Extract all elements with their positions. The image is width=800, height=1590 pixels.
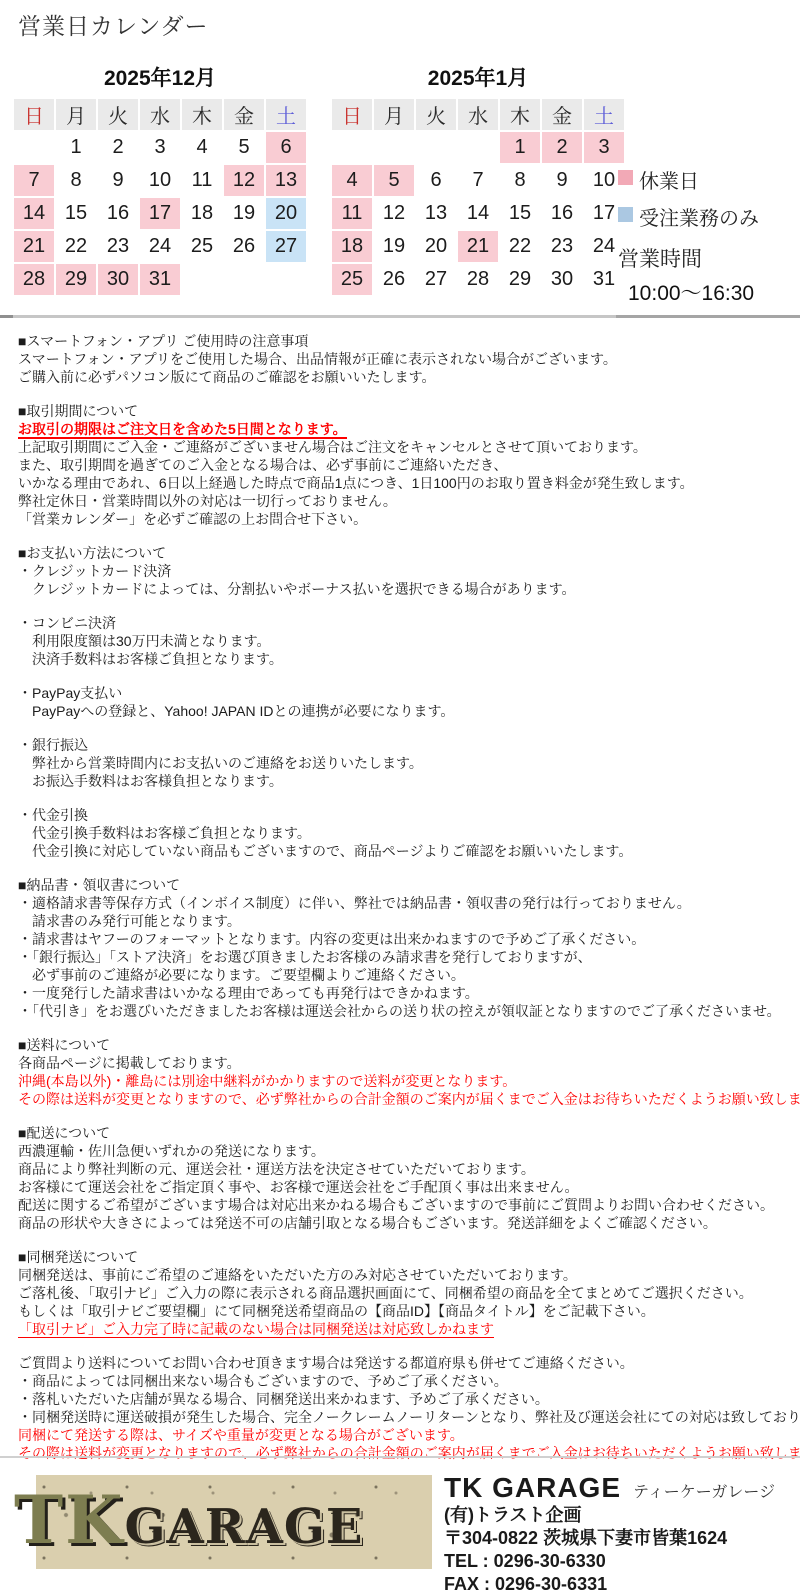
business-hours-value: 10:00〜16:30 [618, 277, 800, 307]
note-line: 必ず事前のご連絡が必要になります。ご要望欄よりご連絡ください。 [18, 966, 800, 984]
warning-line: 沖縄(本島以外)・離島には別途中継料がかかりますので送料が変更となります。 [18, 1072, 800, 1090]
note-section: ・代金引換 代金引換手数料はお客様ご負担となります。 代金引換に対応していない商… [18, 806, 800, 860]
calendar-day: 4 [182, 132, 222, 163]
calendar-day: 8 [500, 165, 540, 196]
calendar-day: 5 [224, 132, 264, 163]
logo-tk-letters: TK [14, 1481, 124, 1559]
calendar-day: 23 [98, 231, 138, 262]
note-line: 利用限度額は30万円未満となります。 [18, 632, 800, 650]
calendar-day: 11 [182, 165, 222, 196]
note-line: 決済手数料はお客様ご負担となります。 [18, 650, 800, 668]
note-line: 商品により弊社判断の元、運送会社・運送方法を決定させていただいております。 [18, 1160, 800, 1178]
calendar-day: 31 [140, 264, 180, 295]
calendar-day: 24 [140, 231, 180, 262]
legend-item-order-only: 受注業務のみ [618, 202, 800, 231]
calendar-table: 日月火水木金土123456789101112131415161718192021… [12, 97, 308, 297]
note-line: ・落札いただいた店舗が異なる場合、同梱発送出来かねます、予めご了承ください。 [18, 1390, 800, 1408]
calendar-january: 2025年1月 日月火水木金土1234567891011121314151617… [330, 62, 626, 297]
calendar-day: 2 [98, 132, 138, 163]
note-line: ■同梱発送について [18, 1248, 800, 1266]
company-fax: FAX : 0296-30-6331 [444, 1573, 775, 1590]
weekday-header: 水 [140, 99, 180, 130]
weekday-header: 土 [584, 99, 624, 130]
note-section: ・コンビニ決済 利用限度額は30万円未満となります。 決済手数料はお客様ご負担と… [18, 614, 800, 668]
note-section: ■配送について西濃運輸・佐川急便いずれかの発送になります。商品により弊社判断の元… [18, 1124, 800, 1232]
calendar-empty-cell [224, 264, 264, 295]
note-line: ■お支払い方法について [18, 544, 800, 562]
calendar-day: 28 [14, 264, 54, 295]
calendar-month-title: 2025年12月 [12, 62, 308, 92]
calendar-day: 1 [500, 132, 540, 163]
calendar-day: 19 [224, 198, 264, 229]
calendar-empty-cell [416, 132, 456, 163]
calendar-area: 営業日カレンダー 2025年12月 日月火水木金土123456789101112… [0, 0, 800, 318]
calendar-day: 19 [374, 231, 414, 262]
warning-line: お取引の期限はご注文日を含めた5日間となります。 [18, 420, 800, 438]
company-address: 〒304-0822 茨城県下妻市皆葉1624 [444, 1527, 775, 1550]
calendar-day: 13 [266, 165, 306, 196]
logo-text: TKGARAGE [14, 1481, 363, 1559]
note-line: もしくは「取引ナビご要望欄」にて同梱発送希望商品の【商品ID】【商品タイトル】を… [18, 1302, 800, 1320]
footer: TKGARAGE TK GARAGEティーケーガレージ (有)トラスト企画 〒3… [0, 1456, 800, 1590]
calendar-day: 25 [182, 231, 222, 262]
note-line: ご落札後、「取引ナビ」ご入力の際に表示される商品選択画面にて、同梱希望の商品を全… [18, 1284, 800, 1302]
calendar-day: 16 [542, 198, 582, 229]
note-section: ・PayPay支払い PayPayへの登録と、Yahoo! JAPAN IDとの… [18, 684, 800, 720]
weekday-header: 火 [416, 99, 456, 130]
note-line: 「営業カレンダー」を必ずご確認の上お問合せ下さい。 [18, 510, 800, 528]
calendar-day: 8 [56, 165, 96, 196]
note-line: ・銀行振込 [18, 736, 800, 754]
calendar-day: 25 [332, 264, 372, 295]
store-notes: ■スマートフォン・アプリ ご使用時の注意事項スマートフォン・アプリをご使用した場… [0, 318, 800, 1462]
note-line: 商品の形状や大きさによっては発送不可の店舗引取となる場合もございます。発送詳細を… [18, 1214, 800, 1232]
calendar-day: 26 [224, 231, 264, 262]
weekday-header: 日 [332, 99, 372, 130]
calendar-legend: 休業日 受注業務のみ 営業時間 10:00〜16:30 [618, 165, 800, 307]
business-hours-label: 営業時間 [618, 243, 800, 273]
warning-line: 同梱にて発送する際は、サイズや重量が変更となる場合がございます。 [18, 1426, 800, 1444]
calendar-day: 30 [98, 264, 138, 295]
weekday-header: 土 [266, 99, 306, 130]
calendar-day: 29 [500, 264, 540, 295]
note-line: ・請求書はヤフーのフォーマットとなります。内容の変更は出来かねますので予めご了承… [18, 930, 800, 948]
note-section: ■取引期間についてお取引の期限はご注文日を含めた5日間となります。上記取引期間に… [18, 402, 800, 528]
note-line: クレジットカードによっては、分割払いやボーナス払いを選択できる場合があります。 [18, 580, 800, 598]
legend-item-closed: 休業日 [618, 165, 800, 194]
weekday-header: 木 [500, 99, 540, 130]
note-section: ■同梱発送について同梱発送は、事前にご希望のご連絡をいただいた方のみ対応させてい… [18, 1248, 800, 1338]
calendar-day: 11 [332, 198, 372, 229]
note-line: ・代金引換 [18, 806, 800, 824]
calendar-day: 4 [332, 165, 372, 196]
calendar-empty-cell [458, 132, 498, 163]
weekday-header: 水 [458, 99, 498, 130]
closed-day-swatch [618, 170, 633, 185]
weekday-header: 金 [224, 99, 264, 130]
note-section: ■送料について各商品ページに掲載しております。沖縄(本島以外)・離島には別途中継… [18, 1036, 800, 1108]
note-line: ・PayPay支払い [18, 684, 800, 702]
calendar-month-title: 2025年1月 [330, 62, 626, 92]
note-line: ・「銀行振込」「ストア決済」をお選び頂きましたお客様のみ請求書を発行しております… [18, 948, 800, 966]
calendar-day: 13 [416, 198, 456, 229]
note-line: ・適格請求書等保存方式（インボイス制度）に伴い、弊社では納品書・領収書の発行は行… [18, 894, 800, 912]
calendar-day: 21 [14, 231, 54, 262]
note-line: ■取引期間について [18, 402, 800, 420]
weekday-header: 日 [14, 99, 54, 130]
calendar-empty-cell [266, 264, 306, 295]
weekday-header: 木 [182, 99, 222, 130]
calendar-day: 10 [140, 165, 180, 196]
calendar-empty-cell [332, 132, 372, 163]
note-line: 同梱発送は、事前にご希望のご連絡をいただいた方のみ対応させていただいております。 [18, 1266, 800, 1284]
calendar-day: 20 [266, 198, 306, 229]
divider [0, 315, 800, 318]
note-line: 弊社定休日・営業時間以外の対応は一切行っておりません。 [18, 492, 800, 510]
calendar-empty-cell [374, 132, 414, 163]
calendar-day: 28 [458, 264, 498, 295]
calendar-day: 22 [500, 231, 540, 262]
calendar-day: 20 [416, 231, 456, 262]
note-line: また、取引期間を過ぎてのご入金となる場合は、必ず事前にご連絡いただき、 [18, 456, 800, 474]
calendar-day: 21 [458, 231, 498, 262]
calendar-day: 1 [56, 132, 96, 163]
note-line: ご購入前に必ずパソコン版にて商品のご確認をお願いいたします。 [18, 368, 800, 386]
calendar-empty-cell [182, 264, 222, 295]
calendar-day: 9 [542, 165, 582, 196]
weekday-header: 金 [542, 99, 582, 130]
calendar-day: 7 [14, 165, 54, 196]
note-section: ■納品書・領収書について・適格請求書等保存方式（インボイス制度）に伴い、弊社では… [18, 876, 800, 1020]
calendar-day: 12 [224, 165, 264, 196]
calendar-day: 30 [542, 264, 582, 295]
calendar-empty-cell [14, 132, 54, 163]
weekday-header: 月 [374, 99, 414, 130]
warning-line: その際は送料が変更となりますので、必ず弊社からの合計金額のご案内が届くまでご入金… [18, 1090, 800, 1108]
note-line: ・コンビニ決済 [18, 614, 800, 632]
calendar-day: 5 [374, 165, 414, 196]
note-line: ・一度発行した請求書はいかなる理由であっても再発行はできかねます。 [18, 984, 800, 1002]
calendar-day: 2 [542, 132, 582, 163]
logo-garage-letters: GARAGE [124, 1499, 363, 1555]
calendar-table: 日月火水木金土123456789101112131415161718192021… [330, 97, 626, 297]
calendar-day: 17 [140, 198, 180, 229]
note-line: ご質問より送料についてお問い合わせ頂きます場合は発送する都道府県も併せてご連絡く… [18, 1354, 800, 1372]
calendar-day: 9 [98, 165, 138, 196]
note-line: ■スマートフォン・アプリ ご使用時の注意事項 [18, 332, 800, 350]
calendar-day: 15 [56, 198, 96, 229]
warning-line: 「取引ナビ」ご入力完了時に記載のない場合は同梱発送は対応致しかねます [18, 1320, 800, 1338]
tk-garage-logo: TKGARAGE [36, 1475, 432, 1569]
calendar-day: 26 [374, 264, 414, 295]
note-line: ■配送について [18, 1124, 800, 1142]
note-line: 配送に関するご希望がございます場合は対応出来かねる場合もございますので事前にご質… [18, 1196, 800, 1214]
note-line: ・同梱発送時に運送破損が発生した場合、完全ノークレームノーリターンとなり、弊社及… [18, 1408, 800, 1426]
calendar-day: 3 [140, 132, 180, 163]
company-legal-name: (有)トラスト企画 [444, 1504, 775, 1527]
calendar-day: 12 [374, 198, 414, 229]
note-line: ・商品によっては同梱出来ない場合もございますので、予めご了承ください。 [18, 1372, 800, 1390]
calendar-day: 3 [584, 132, 624, 163]
calendar-day: 14 [458, 198, 498, 229]
note-line: スマートフォン・アプリをご使用した場合、出品情報が正確に表示されない場合がござい… [18, 350, 800, 368]
note-section: ・銀行振込 弊社から営業時間内にお支払いのご連絡をお送りいたします。 お振込手数… [18, 736, 800, 790]
company-tel: TEL : 0296-30-6330 [444, 1550, 775, 1573]
calendar-day: 16 [98, 198, 138, 229]
calendar-day: 18 [182, 198, 222, 229]
legend-label: 休業日 [639, 165, 699, 194]
note-section: ■お支払い方法について・クレジットカード決済 クレジットカードによっては、分割払… [18, 544, 800, 598]
note-line: ■送料について [18, 1036, 800, 1054]
order-only-swatch [618, 207, 633, 222]
calendar-day: 6 [266, 132, 306, 163]
shop-info-page: { "page_title": "営業日カレンダー", "colors": { … [0, 0, 800, 1590]
legend-label: 受注業務のみ [639, 202, 759, 231]
weekday-header: 月 [56, 99, 96, 130]
note-line: ■納品書・領収書について [18, 876, 800, 894]
note-line: 西濃運輸・佐川急便いずれかの発送になります。 [18, 1142, 800, 1160]
note-line: 弊社から営業時間内にお支払いのご連絡をお送りいたします。 [18, 754, 800, 772]
company-name-kana: ティーケーガレージ [633, 1484, 775, 1501]
weekday-header: 火 [98, 99, 138, 130]
calendar-day: 27 [416, 264, 456, 295]
note-line: お客様にて運送会社をご指定頂く事や、お客様で運送会社をご手配頂く事は出来ません。 [18, 1178, 800, 1196]
company-name-en: TK GARAGE [444, 1472, 621, 1503]
company-info: TK GARAGEティーケーガレージ (有)トラスト企画 〒304-0822 茨… [444, 1472, 775, 1590]
note-line: 代金引換手数料はお客様ご負担となります。 [18, 824, 800, 842]
note-line: 上記取引期間にご入金・ご連絡がございません場合はご注文をキャンセルとさせて頂いて… [18, 438, 800, 456]
note-section: ご質問より送料についてお問い合わせ頂きます場合は発送する都道府県も併せてご連絡く… [18, 1354, 800, 1462]
note-line: ・「代引き」をお選びいただきましたお客様は運送会社からの送り状の控えが領収証とな… [18, 1002, 800, 1020]
note-section: ■スマートフォン・アプリ ご使用時の注意事項スマートフォン・アプリをご使用した場… [18, 332, 800, 386]
calendar-day: 18 [332, 231, 372, 262]
note-line: いかなる理由であれ、6日以上経過した時点で商品1点につき、1日100円のお取り置… [18, 474, 800, 492]
calendar-day: 6 [416, 165, 456, 196]
calendar-day: 22 [56, 231, 96, 262]
note-line: 各商品ページに掲載しております。 [18, 1054, 800, 1072]
calendar-day: 14 [14, 198, 54, 229]
note-line: お振込手数料はお客様負担となります。 [18, 772, 800, 790]
calendar-day: 15 [500, 198, 540, 229]
calendar-december: 2025年12月 日月火水木金土123456789101112131415161… [12, 62, 308, 297]
calendar-day: 27 [266, 231, 306, 262]
note-line: ・クレジットカード決済 [18, 562, 800, 580]
calendar-day: 7 [458, 165, 498, 196]
calendar-day: 29 [56, 264, 96, 295]
calendar-day: 23 [542, 231, 582, 262]
note-line: 請求書のみ発行可能となります。 [18, 912, 800, 930]
note-line: 代金引換に対応していない商品もございますので、商品ページよりご確認をお願いいたし… [18, 842, 800, 860]
page-title: 営業日カレンダー [18, 8, 209, 41]
note-line: PayPayへの登録と、Yahoo! JAPAN IDとの連携が必要になります。 [18, 702, 800, 720]
